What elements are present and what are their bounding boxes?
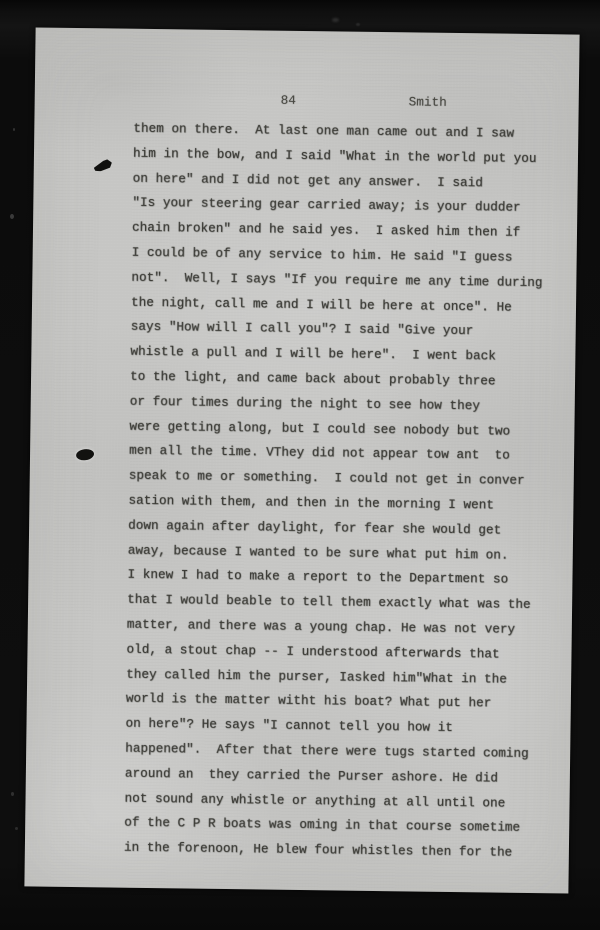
document-page: 84 Smith them on there. At last one man … <box>24 27 579 893</box>
dust-speck <box>11 792 14 796</box>
scan-backdrop: 84 Smith them on there. At last one man … <box>0 0 600 930</box>
dust-speck <box>10 214 14 219</box>
ink-blot-mark-top <box>94 159 112 171</box>
witness-name: Smith <box>409 94 447 109</box>
dust-speck <box>13 128 15 131</box>
dust-smudge <box>332 18 339 22</box>
dust-speck <box>15 827 18 830</box>
dust-speck <box>356 23 360 26</box>
page-number: 84 <box>281 93 296 108</box>
hole-punch-mark-middle <box>75 448 94 461</box>
testimony-text: them on there. At last one man came out … <box>124 117 570 867</box>
